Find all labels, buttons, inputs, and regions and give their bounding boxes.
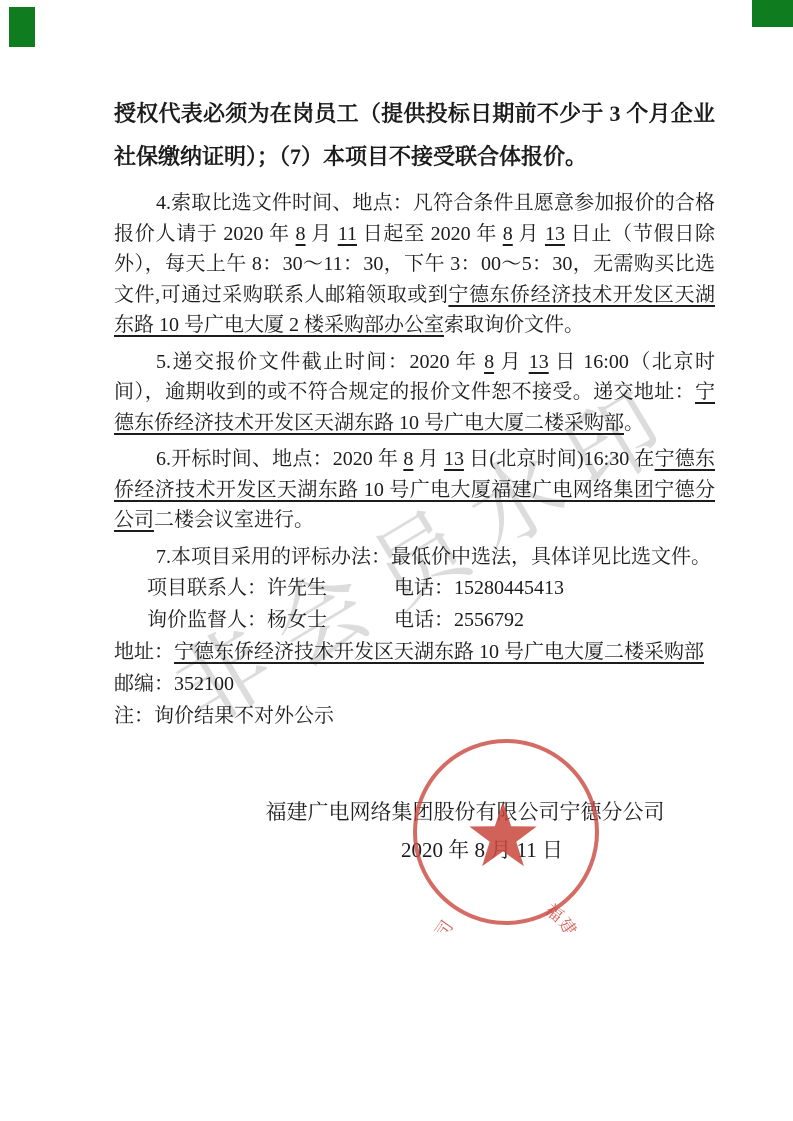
text-segment: 。 [624,412,644,434]
paragraph-7: 7.本项目采用的评标办法：最低价中选法，具体详见比选文件。 [114,542,715,573]
underlined-text: 13 [529,351,549,373]
page: { "markers": { "green": "#0f7d1f" }, "wa… [0,0,793,1121]
main-paragraphs: 4.索取比选文件时间、地点：凡符合条件且愿意参加报价的合格报价人请于 2020 … [114,188,715,578]
supervisor-contact-phone: 电话：2556792 [394,604,524,636]
underlined-text: 8 [403,448,413,470]
contact-row-supervisor: 询价监督人：杨女士 电话：2556792 [114,604,715,636]
green-redaction-mark-top-right [752,0,793,27]
underlined-text: 13 [545,223,565,245]
underlined-text: 8 [503,223,513,245]
seal-text: 福建广电网络集团股份有限公司宁德分公司 [421,900,592,932]
paragraph-4: 4.索取比选文件时间、地点：凡符合条件且愿意参加报价的合格报价人请于 2020 … [114,188,715,341]
contact-block: 项目联系人：许先生 电话：15280445413 询价监督人：杨女士 电话：25… [114,572,715,732]
text-segment: 月 [513,223,545,245]
text-segment: 日(北京时间)16:30 在 [464,448,655,470]
project-contact-label: 项目联系人：许先生 [147,577,327,599]
underlined-text: 8 [296,223,306,245]
green-redaction-mark-top-left [9,7,35,47]
paragraph-6: 6.开标时间、地点：2020 年 8 月 13 日(北京时间)16:30 在宁德… [114,444,715,536]
text-segment: 7.本项目采用的评标办法：最低价中选法，具体详见比选文件。 [156,546,711,568]
address-line: 地址：宁德东侨经济技术开发区天湖东路 10 号广电大厦二楼采购部 [114,636,715,668]
text-segment: 5.递交报价文件截止时间：2020 年 [156,351,484,373]
note-line: 注：询价结果不对外公示 [114,700,715,732]
underlined-text: 8 [484,351,494,373]
text-segment: 月 [413,448,444,470]
text-segment: 二楼会议室进行。 [154,509,314,531]
zip-line: 邮编：352100 [114,668,715,700]
text-segment: 地址： [114,641,174,663]
contact-row-project: 项目联系人：许先生 电话：15280445413 [114,572,715,604]
underlined-text: 11 [338,223,357,245]
seal-star-icon [469,802,536,866]
underlined-text: 宁德东侨经济技术开发区天湖东路 10 号广电大厦二楼采购部 [174,641,704,663]
text-segment: 日起至 2020 年 [357,223,503,245]
text-segment: 6.开标时间、地点：2020 年 [156,448,403,470]
intro-paragraph: 授权代表必须为在岗员工（提供投标日期前不少于 3 个月企业社保缴纳证明）；（7）… [114,92,715,178]
text-segment: 月 [306,223,338,245]
supervisor-contact-label: 询价监督人：杨女士 [147,609,327,631]
underlined-text: 13 [444,448,464,470]
svg-text:福建广电网络集团股份有限公司宁德分公司: 福建广电网络集团股份有限公司宁德分公司 [421,900,592,932]
text-segment: 月 [494,351,529,373]
official-seal: 福建广电网络集团股份有限公司宁德分公司 [406,732,606,932]
paragraph-5: 5.递交报价文件截止时间：2020 年 8 月 13 日 16:00（北京时间）… [114,347,715,439]
text-segment: 索取询价文件。 [444,314,584,336]
project-contact-phone: 电话：15280445413 [394,572,564,604]
